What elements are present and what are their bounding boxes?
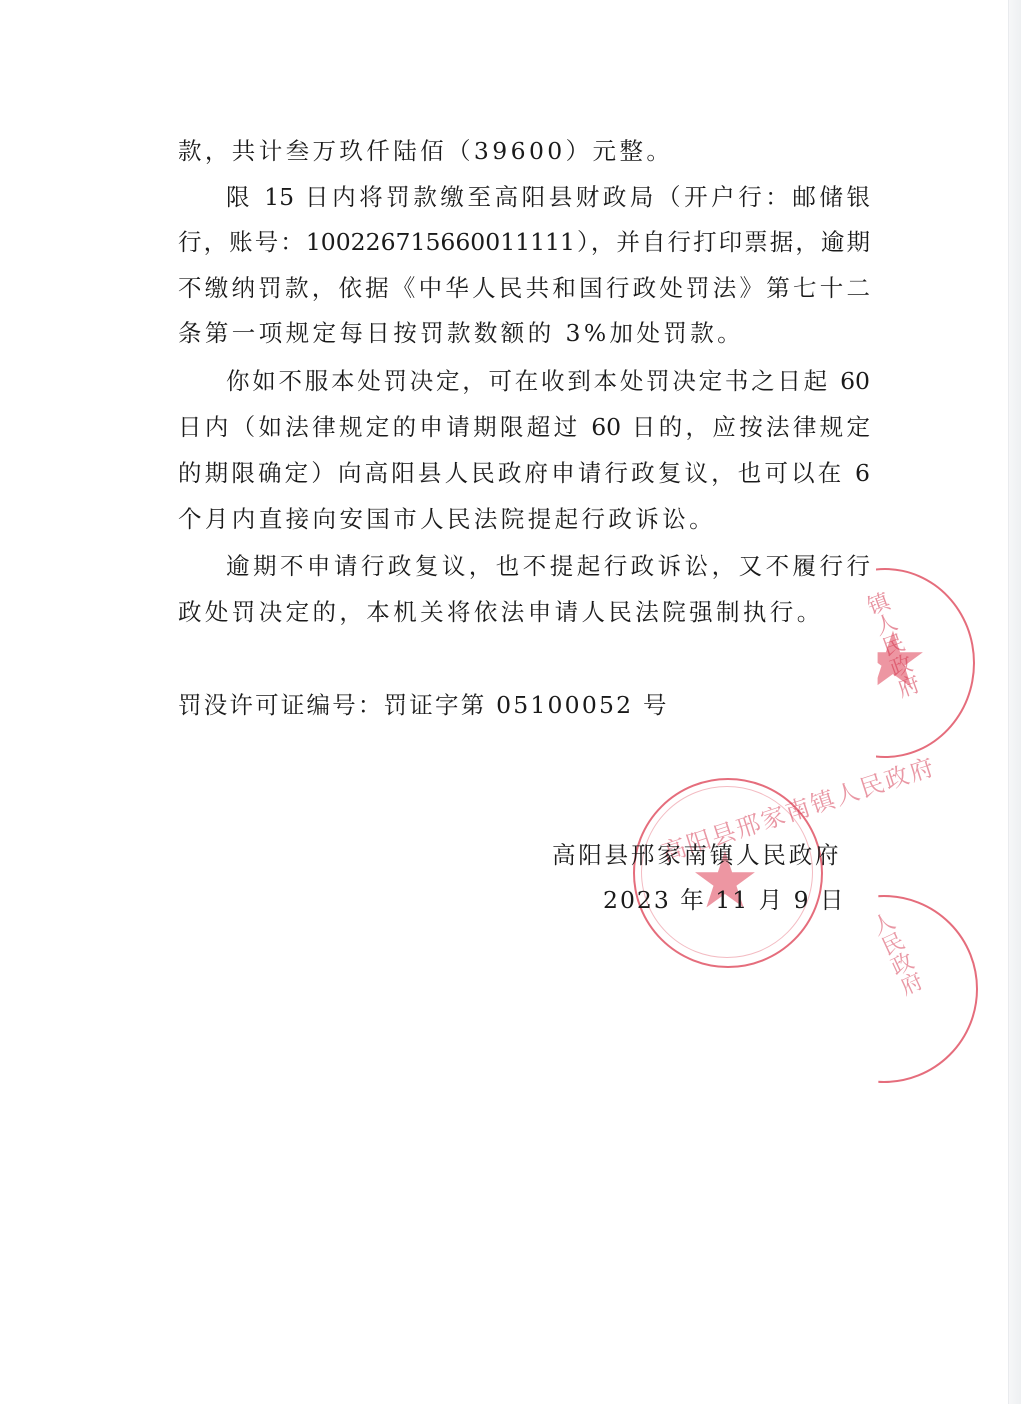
issue-date: 2023 年 11 月 9 日 bbox=[603, 885, 846, 915]
paragraph-payment-line: 不缴纳罚款，依据《中华人民共和国行政处罚法》第七十二 bbox=[178, 273, 870, 303]
seal-text-lower: 人民政府 bbox=[863, 908, 928, 1001]
scan-edge bbox=[1008, 0, 1021, 1404]
document-page: ★ 镇人民政府 人民政府 ★ 高阳县邢家南镇人民政府 款，共计叁万玖仟陆佰（39… bbox=[0, 0, 1021, 1404]
issuer-name: 高阳县邢家南镇人民政府 bbox=[552, 840, 841, 870]
license-number: 罚没许可证编号：罚证字第 05100052 号 bbox=[178, 690, 669, 720]
paragraph-appeal-line: 个月内直接向安国市人民法院提起行政诉讼。 bbox=[178, 504, 716, 534]
paragraph-appeal-line: 你如不服本处罚决定，可在收到本处罚决定书之日起 60 bbox=[226, 366, 870, 396]
paragraph-payment-line: 行，账号：100226715660011111），并自行打印票据，逾期 bbox=[178, 227, 870, 257]
paragraph-appeal-line: 的期限确定）向高阳县人民政府申请行政复议，也可以在 6 bbox=[178, 458, 870, 488]
paragraph-payment-line: 限 15 日内将罚款缴至高阳县财政局（开户行：邮储银 bbox=[226, 182, 870, 212]
paragraph-payment-line: 条第一项规定每日按罚款数额的 3%加处罚款。 bbox=[178, 318, 744, 348]
paragraph-enforcement-line: 政处罚决定的，本机关将依法申请人民法院强制执行。 bbox=[178, 597, 824, 627]
paragraph-fine-total-line: 款，共计叁万玖仟陆佰（39600）元整。 bbox=[178, 136, 673, 166]
paragraph-enforcement-line: 逾期不申请行政复议，也不提起行政诉讼，又不履行行 bbox=[226, 551, 870, 581]
paragraph-appeal-line: 日内（如法律规定的申请期限超过 60 日的，应按法律规定 bbox=[178, 412, 870, 442]
